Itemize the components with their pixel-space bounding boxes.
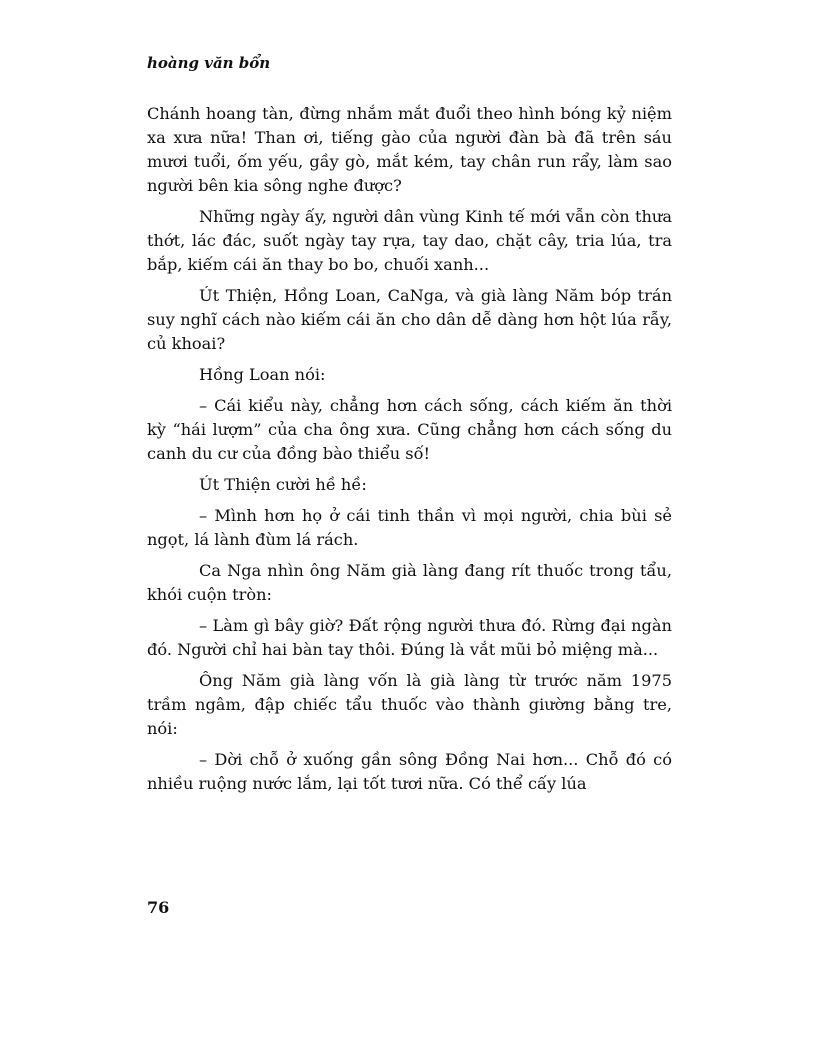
- running-header-author: hoàng văn bổn: [147, 54, 270, 72]
- body-text: Chánh hoang tàn, đừng nhắm mắt đuổi theo…: [147, 102, 672, 803]
- paragraph: – Làm gì bây giờ? Đất rộng người thưa đó…: [147, 614, 672, 662]
- paragraph: Chánh hoang tàn, đừng nhắm mắt đuổi theo…: [147, 102, 672, 198]
- paragraph: Ca Nga nhìn ông Năm già làng đang rít th…: [147, 559, 672, 607]
- paragraph: – Cái kiểu này, chẳng hơn cách sống, các…: [147, 394, 672, 466]
- paragraph: Út Thiện, Hồng Loan, CaNga, và già làng …: [147, 284, 672, 356]
- paragraph: – Dời chỗ ở xuống gần sông Đồng Nai hơn.…: [147, 748, 672, 796]
- paragraph: – Mình hơn họ ở cái tinh thần vì mọi ngư…: [147, 504, 672, 552]
- book-page: hoàng văn bổn Chánh hoang tàn, đừng nhắm…: [0, 0, 816, 1056]
- paragraph: Út Thiện cười hề hề:: [147, 473, 672, 497]
- page-number: 76: [147, 898, 169, 917]
- paragraph: Ông Năm già làng vốn là già làng từ trướ…: [147, 669, 672, 741]
- paragraph: Hồng Loan nói:: [147, 363, 672, 387]
- paragraph: Những ngày ấy, người dân vùng Kinh tế mớ…: [147, 205, 672, 277]
